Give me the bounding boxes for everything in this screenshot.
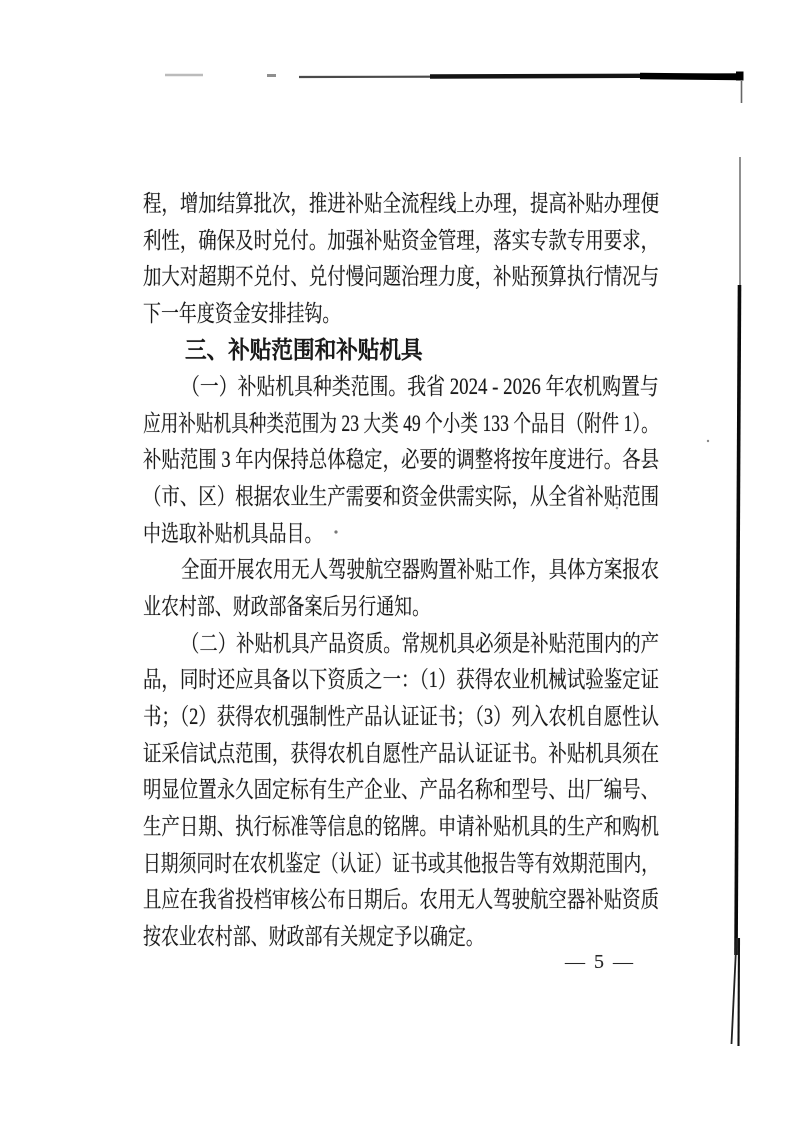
- text-line: 应用补贴机具种类范围为 23 大类 49 个小类 133 个品目（附件 1）。: [143, 406, 539, 443]
- text-line: 中选取补贴机具品目。: [143, 516, 545, 553]
- scanned-document-page: 程，增加结算批次，推进补贴全流程线上办理，提高补贴办理便 利性，确保及时兑付。加…: [0, 0, 794, 1122]
- text-line: 日期须同时在农机鉴定（认证）证书或其他报告等有效期范围内，: [143, 846, 542, 883]
- text-line: 程，增加结算批次，推进补贴全流程线上办理，提高补贴办理便: [143, 186, 556, 223]
- text-line: 书；（2）获得农机强制性产品认证证书；（3）列入农机自愿性认: [143, 699, 556, 736]
- text-line: 下一年度资金安排挂钩。: [143, 296, 545, 333]
- section-heading: 三、补贴范围和补贴机具: [185, 333, 612, 370]
- text-line: 利性，确保及时兑付。加强补贴资金管理，落实专款专用要求，: [143, 223, 556, 260]
- text-line: 品，同时还应具备以下资质之一：（1）获得农业机械试验鉴定证: [143, 662, 556, 699]
- page-number: — 5 —: [565, 951, 635, 974]
- text-line: 证采信试点范围，获得农机自愿性产品认证证书。补贴机具须在: [143, 736, 556, 773]
- text-line: 补贴范围 3 年内保持总体稳定，必要的调整将按年度进行。各县: [143, 442, 556, 479]
- document-text-block: 程，增加结算批次，推进补贴全流程线上办理，提高补贴办理便 利性，确保及时兑付。加…: [143, 186, 659, 955]
- text-line: 加大对超期不兑付、兑付慢问题治理力度，补贴预算执行情况与: [143, 259, 556, 296]
- text-line: （一）补贴机具种类范围。我省 2024 - 2026 年农机购置与: [181, 369, 573, 406]
- text-line: 全面开展农用无人驾驶航空器购置补贴工作，具体方案报农: [181, 552, 563, 589]
- text-line: 业农村部、财政部备案后另行通知。: [143, 589, 545, 626]
- text-line: 按农业农村部、财政部有关规定予以确定。: [143, 919, 545, 956]
- text-line: 明显位置永久固定标有生产企业、产品名称和型号、出厂编号、: [143, 772, 556, 809]
- text-line: （二）补贴机具产品资质。常规机具必须是补贴范围内的产: [181, 626, 563, 663]
- text-line: （市、区）根据农业生产需要和资金供需实际，从全省补贴范围: [143, 479, 556, 516]
- text-line: 生产日期、执行标准等信息的铭牌。申请补贴机具的生产和购机: [143, 809, 556, 846]
- text-line: 且应在我省投档审核公布日期后。农用无人驾驶航空器补贴资质: [143, 882, 556, 919]
